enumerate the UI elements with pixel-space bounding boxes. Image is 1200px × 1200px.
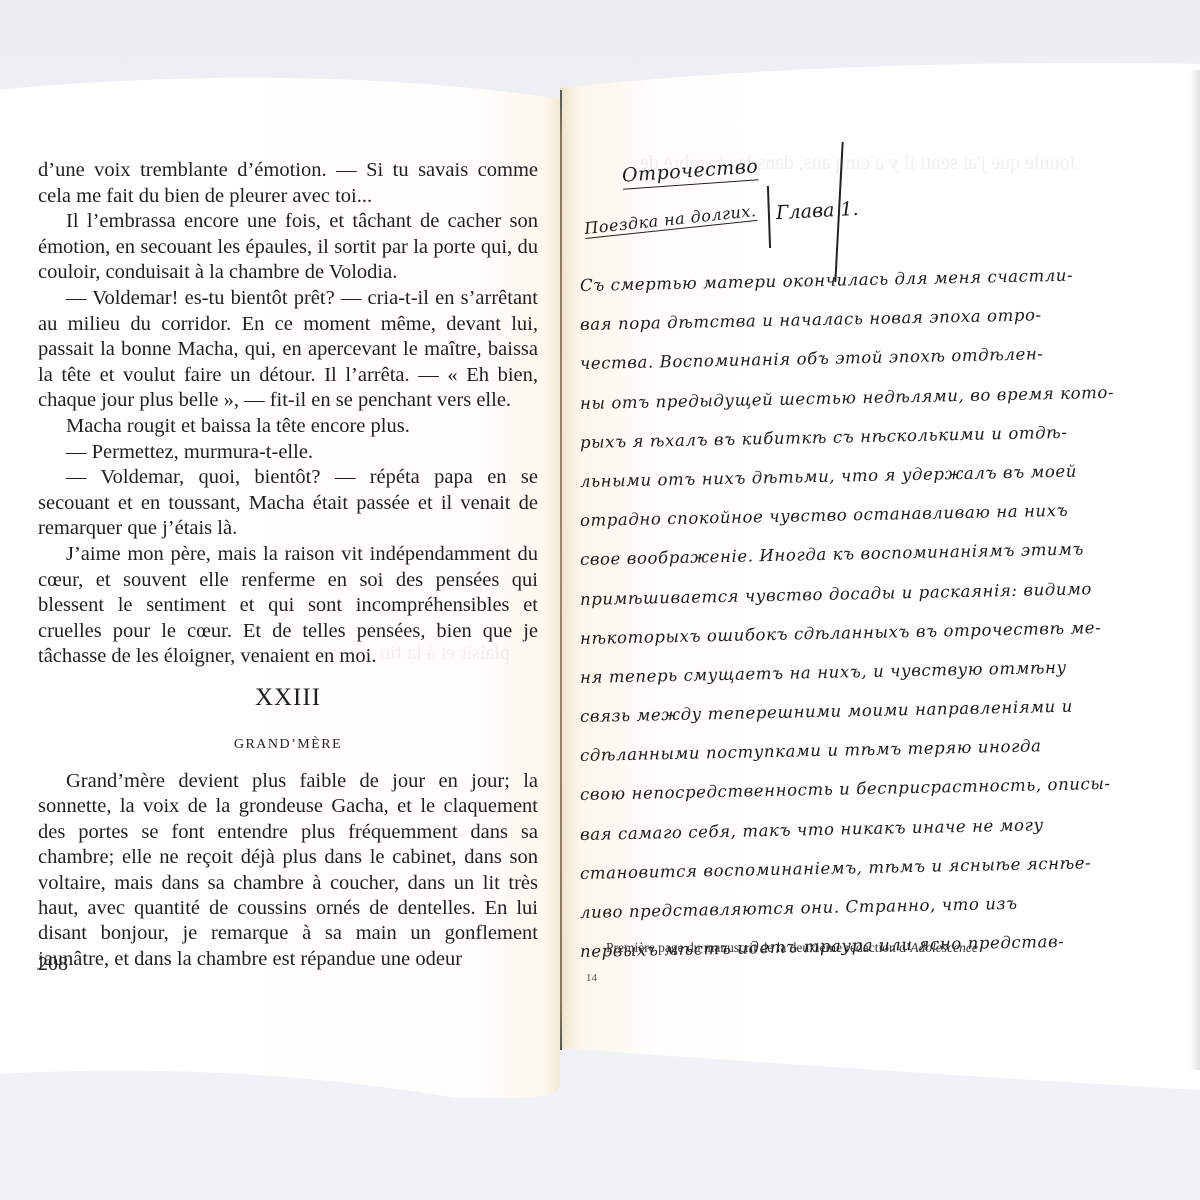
paragraph: — Voldemar! es-tu bientôt prêt? — cria-t… bbox=[38, 286, 538, 414]
manuscript-chapter-heading: Глава 1. bbox=[775, 198, 859, 224]
plate-number: 14 bbox=[586, 972, 597, 984]
figure-caption: Première page du manuscrit de la deuxièm… bbox=[606, 940, 1106, 956]
manuscript-lines: Съ смертью матери окончилась для меня сч… bbox=[580, 266, 1140, 971]
caption-text: Première page du manuscrit de la deuxièm… bbox=[606, 940, 910, 955]
paragraph: — Voldemar, quoi, bientôt? — répéta papa… bbox=[38, 465, 538, 542]
paragraph: — Permettez, murmura-t-elle. bbox=[38, 440, 538, 466]
page-edge-shadow bbox=[1190, 70, 1200, 1070]
chapter-title: GRAND’MÈRE bbox=[38, 737, 538, 753]
left-page-body-bottom: Grand’mère devient plus faible de jour e… bbox=[38, 769, 538, 972]
paragraph: Macha rougit et baissa la tête encore pl… bbox=[38, 414, 538, 440]
paragraph: d’une voix tremblante d’émotion. — Si tu… bbox=[38, 158, 538, 209]
chapter-number: XXIII bbox=[38, 684, 538, 712]
page-number-left: 208 bbox=[38, 953, 68, 976]
left-page-body-top: d’une voix tremblante d’émotion. — Si tu… bbox=[38, 158, 538, 670]
paragraph: Grand’mère devient plus faible de jour e… bbox=[38, 769, 538, 972]
paragraph: J’aime mon père, mais la raison vit indé… bbox=[38, 542, 538, 670]
book-gutter bbox=[560, 90, 562, 1050]
paragraph: Il l’embrassa encore une fois, et tâchan… bbox=[38, 209, 538, 286]
open-book: Jounle que j'ai senti il y a cinq ans, d… bbox=[0, 0, 1200, 1200]
caption-title: Adolescence bbox=[910, 940, 977, 955]
